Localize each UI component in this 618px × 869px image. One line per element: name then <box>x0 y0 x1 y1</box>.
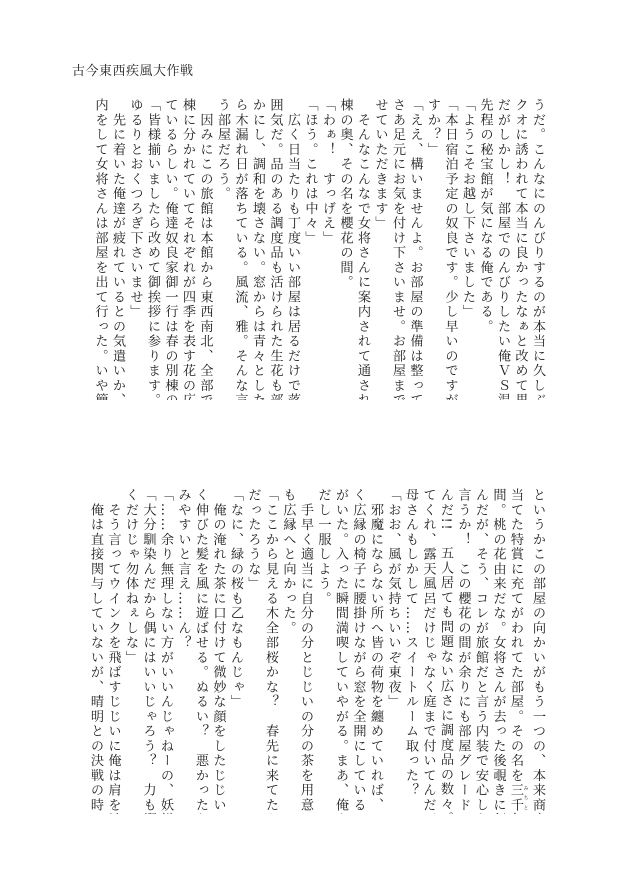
text-line: 俺の淹れた茶に口付けて微妙な顔をしたじじいが、長 <box>209 488 227 814</box>
text-line: んだ!! 五人居ても問題ない広さに調度品の数々。聞い <box>437 488 455 814</box>
text-line: 先程の秘宝館が気になる俺である。 <box>476 98 494 400</box>
text-line: だがしかし！ 部屋でのんびりしたい俺ＶＳ温泉街や <box>494 98 512 400</box>
text-line: ゆるりとおくつろぎ下さいませ」 <box>126 98 144 400</box>
text-line: そんなこんなで女将さんに案内されて通されたのは別 <box>354 98 372 400</box>
text-line: 「大分馴染んだから偶にはいいじゃろう？ 力も溜めと <box>139 488 157 814</box>
text-line: 棟の奥、その名を櫻花の間。 <box>336 98 354 400</box>
text-line: そう言ってウインクを飛ばすじじいに俺は肩を竦める。 <box>104 488 122 814</box>
text-line: 「ここから見える木全部桜かな？ 春先に来てたら絶景 <box>262 488 280 814</box>
text-line: だったろうな」 <box>244 488 262 814</box>
text-line: 「ええ、構いませんよ。お部屋の準備は整っております。 <box>406 98 424 400</box>
text-line: 内をして女将さんは部屋を出て行った。いや簡単な説明 <box>91 98 109 400</box>
text-line: う部屋だろう。 <box>214 98 232 400</box>
text-line: ているらしい。俺達奴良家御一行は春の別棟のようだ。 <box>161 98 179 400</box>
text-line: 棟に分かれていてそれぞれが四季を表す花の広間になっ <box>179 98 197 400</box>
text-line: 囲気だ。品のある調度品も活けられた生花も部屋を華や <box>266 98 284 400</box>
ruby-annotation: 三千年草みちとせぐさ <box>508 783 523 814</box>
text-line: 間。桃の花由来だな。女将さんが去った後覗きに行った <box>489 488 507 814</box>
text-line: 「なに、緑の桜も乙なもんじゃ」 <box>227 488 245 814</box>
text-line: も広縁へと向かった。 <box>279 488 297 814</box>
text-line: 「わぁ！ すっげえ」 <box>319 98 337 400</box>
text-line: 俺は直接関与していないが、晴明との決戦の時に起き <box>87 488 105 814</box>
text-line: くだけじゃ勿体ねぇしな」 <box>122 488 140 814</box>
text-line: く広縁の椅子に腰掛けながら窓を全開にしているじじい <box>349 488 367 814</box>
text-line: 当てた特賞に充てがわれてた部屋。その名を三千年草みちとせぐさの <box>507 488 529 814</box>
text-line: だし一服しよう。 <box>314 488 332 814</box>
text-line: 言うか！ この櫻花の間が余りにも部屋グレードが違う <box>454 488 472 814</box>
text-line: ら木漏れ日が落ちている。風流、雅。そんな言葉が似合 <box>231 98 249 400</box>
text-line: んだが、そう、コレが旅館だと言う内装で安心した。と <box>472 488 490 814</box>
text-line: てくれ、露天風呂だけじゃなく庭まで付いてんだぜ……。 <box>419 488 437 814</box>
text-line: かにし、調和を壊さない。窓からは青々とした葉の間か <box>249 98 267 400</box>
text-line: 「皆様揃いましたら改めて御挨拶に参ります。どうぞご <box>144 98 162 400</box>
text-line: さあ足元にお気を付け下さいませ。お部屋までご案内さ <box>389 98 407 400</box>
text-line: 因みにこの旅館は本館から東西南北、全部で四つの別 <box>196 98 214 400</box>
text-line: く伸びた髪を風に遊ばせる。ぬるい？ 悪かったな。飲 <box>192 488 210 814</box>
text-line: 「本日宿泊予定の奴良です。少し早いのですが大丈夫で <box>441 98 459 400</box>
text-line: みやすいと言え……ん？ <box>174 488 192 814</box>
text-line: 「おお、風が気持ちいいぞ東夜」 <box>384 488 402 814</box>
text-line: 「……余り無理しない方がいいんじゃねーの、妖様？」 <box>157 488 175 814</box>
text-block-top: うだ。こんなにのんびりするのが本当に久しぶりで、リ クオに誘われて本当に良かった… <box>68 98 546 400</box>
text-line: がいた。入った瞬間満喫していやがる。まあ、俺も折角 <box>332 488 350 814</box>
text-line: クオに誘われて本当に良かったなぁと改めて思う。 <box>511 98 529 400</box>
text-line: すか？」 <box>424 98 442 400</box>
text-line: というかこの部屋の向かいがもう一つの、本来商店街で <box>529 488 547 814</box>
text-block-bottom: というかこの部屋の向かいがもう一つの、本来商店街で 当てた特賞に充てがわれてた部… <box>68 488 546 814</box>
text-line: 広く日当たりも丁度いい部屋は居るだけで落ち着く雰 <box>284 98 302 400</box>
text-line: 「ほう。これは中々」 <box>301 98 319 400</box>
page-title: 古今東西疾風大作戦 <box>72 60 194 79</box>
text-line: 手早く適当に自分の分とじじいの分の茶を用意して俺 <box>297 488 315 814</box>
text-line: 「ようこそお越し下さいました」 <box>459 98 477 400</box>
text-line: 邪魔にならない所へ皆の荷物を纏めていれば、さっそ <box>367 488 385 814</box>
text-line: 母さんもしかして……スイートルーム取った？ <box>402 488 420 814</box>
text-line: せていただきます」 <box>371 98 389 400</box>
text-line: 先に着いた俺達が疲れているとの気遣いか、簡単な案 <box>109 98 127 400</box>
text-line: うだ。こんなにのんびりするのが本当に久しぶりで、リ <box>529 98 547 400</box>
